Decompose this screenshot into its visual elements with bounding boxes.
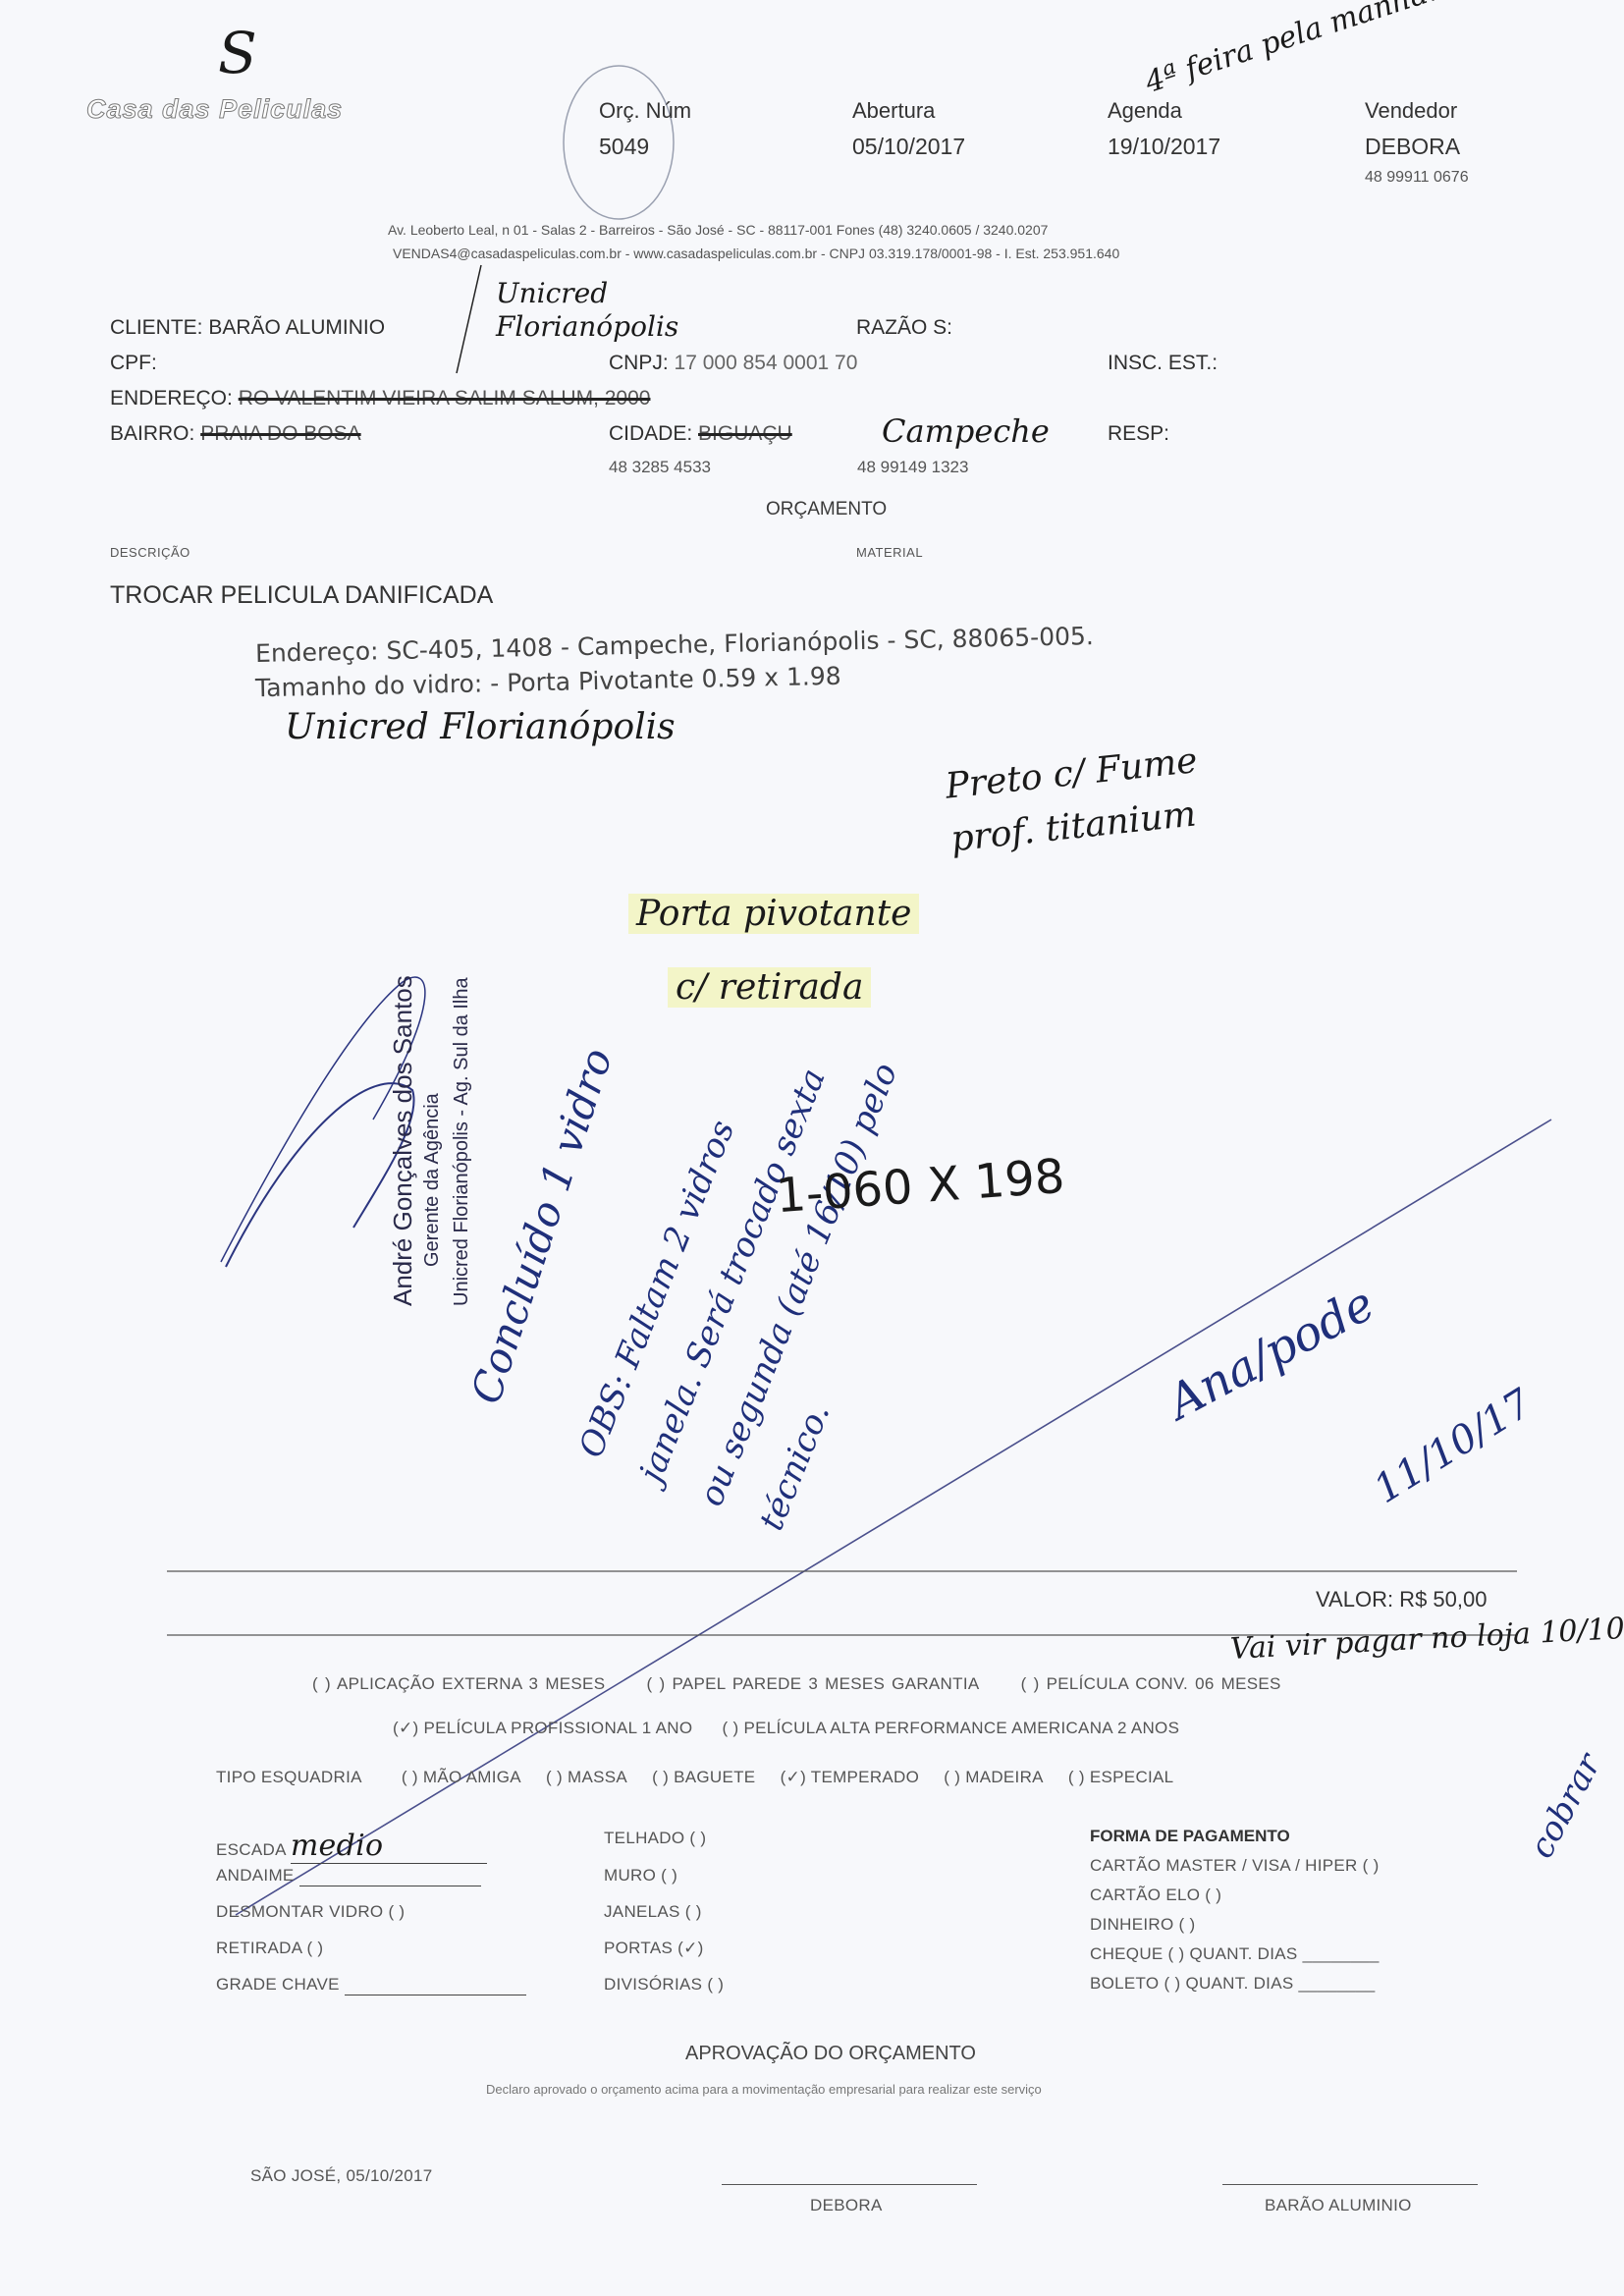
handwritten-porta-line1: Porta pivotante	[628, 894, 919, 934]
option-pelicula-conv[interactable]: ( ) PELÍCULA CONV. 06 MESES	[1021, 1674, 1281, 1693]
payment-cartao-elo[interactable]: CARTÃO ELO ( )	[1090, 1886, 1221, 1905]
service-portas[interactable]: PORTAS (✓)	[604, 1939, 704, 1958]
vendedor-value: DEBORA	[1365, 134, 1460, 160]
cpf-label: CPF:	[110, 352, 157, 375]
orc-num-value: 5049	[599, 134, 649, 160]
option-especial[interactable]: ( ) ESPECIAL	[1068, 1768, 1174, 1786]
client-phone-2: 48 99149 1323	[857, 458, 968, 477]
option-madeira[interactable]: ( ) MADEIRA	[944, 1768, 1044, 1786]
tipo-esquadria-row: TIPO ESQUADRIA ( ) MÃO AMIGA ( ) MASSA (…	[216, 1768, 1173, 1787]
option-aplicacao-externa[interactable]: ( ) APLICAÇÃO EXTERNA 3 MESES	[312, 1674, 605, 1693]
payment-title: FORMA DE PAGAMENTO	[1090, 1827, 1290, 1846]
approval-text: Declaro aprovado o orçamento acima para …	[486, 2082, 1042, 2097]
warranty-options-row1: ( ) APLICAÇÃO EXTERNA 3 MESES ( ) PAPEL …	[312, 1674, 1281, 1694]
handwritten-porta-line2: c/ retirada	[668, 967, 871, 1008]
company-contact: VENDAS4@casadaspeliculas.com.br - www.ca…	[393, 246, 1119, 261]
service-grade-chave: GRADE CHAVE	[216, 1975, 526, 1995]
razao-label: RAZÃO S:	[856, 316, 952, 340]
cliente-field: CLIENTE: BARÃO ALUMINIO	[110, 316, 385, 340]
approval-title: APROVAÇÃO DO ORÇAMENTO	[685, 2043, 976, 2065]
option-pelicula-profissional[interactable]: (✓) PELÍCULA PROFISSIONAL 1 ANO	[393, 1719, 692, 1737]
service-telhado[interactable]: TELHADO ( )	[604, 1829, 706, 1848]
orcamento-title: ORÇAMENTO	[766, 499, 887, 520]
endereco-field: ENDEREÇO: RO VALENTIM VIEIRA SALIM SALUM…	[110, 387, 650, 410]
service-retirada[interactable]: RETIRADA ( )	[216, 1939, 323, 1958]
cnpj-field: CNPJ: 17 000 854 0001 70	[609, 352, 857, 375]
vendedor-label: Vendedor	[1365, 98, 1457, 124]
abertura-label: Abertura	[852, 98, 935, 124]
signature-debora: DEBORA	[810, 2196, 883, 2215]
service-desmontar-vidro[interactable]: DESMONTAR VIDRO ( )	[216, 1902, 405, 1922]
option-baguete[interactable]: ( ) BAGUETE	[652, 1768, 755, 1786]
handwritten-unicred-top: Unicred Florianópolis	[496, 277, 741, 344]
agenda-label: Agenda	[1108, 98, 1182, 124]
option-mao-amiga[interactable]: ( ) MÃO AMIGA	[402, 1768, 521, 1786]
bank-stamp: André Gonçalves dos Santos Gerente da Ag…	[388, 975, 476, 1306]
insc-est-label: INSC. EST.:	[1108, 352, 1218, 375]
service-andaime: ANDAIME	[216, 1866, 481, 1886]
service-janelas[interactable]: JANELAS ( )	[604, 1902, 702, 1922]
company-address: Av. Leoberto Leal, n 01 - Salas 2 - Barr…	[388, 222, 1048, 238]
material-label: MATERIAL	[856, 545, 923, 560]
bairro-field: BAIRRO: PRAIA DO BOSA	[110, 422, 361, 446]
warranty-options-row2: (✓) PELÍCULA PROFISSIONAL 1 ANO ( ) PELÍ…	[393, 1719, 1179, 1738]
payment-cartao-master[interactable]: CARTÃO MASTER / VISA / HIPER ( )	[1090, 1856, 1380, 1876]
handwritten-campeche: Campeche	[882, 412, 1050, 450]
payment-dinheiro[interactable]: DINHEIRO ( )	[1090, 1915, 1195, 1935]
vendedor-phone: 48 99911 0676	[1365, 169, 1469, 187]
payment-boleto[interactable]: BOLETO ( ) QUANT. DIAS ________	[1090, 1974, 1376, 1994]
option-temperado[interactable]: (✓) TEMPERADO	[781, 1768, 920, 1786]
valor-total: VALOR: R$ 50,00	[1316, 1587, 1487, 1613]
service-escada: ESCADA medio	[216, 1829, 487, 1864]
option-massa[interactable]: ( ) MASSA	[546, 1768, 627, 1786]
orc-num-label: Orç. Núm	[599, 98, 691, 124]
handwritten-unicred-mid: Unicred Florianópolis	[285, 707, 676, 747]
descricao-value: TROCAR PELICULA DANIFICADA	[110, 581, 493, 610]
service-divisorias[interactable]: DIVISÓRIAS ( )	[604, 1975, 724, 1995]
resp-label: RESP:	[1108, 422, 1169, 446]
signature-barao: BARÃO ALUMINIO	[1265, 2196, 1412, 2215]
option-papel-parede[interactable]: ( ) PAPEL PAREDE 3 MESES GARANTIA	[646, 1674, 979, 1693]
option-pelicula-alta-performance[interactable]: ( ) PELÍCULA ALTA PERFORMANCE AMERICANA …	[723, 1719, 1180, 1737]
descricao-label: DESCRIÇÃO	[110, 545, 190, 560]
client-phone-1: 48 3285 4533	[609, 458, 711, 477]
agenda-value: 19/10/2017	[1108, 134, 1220, 160]
approval-place-date: SÃO JOSÉ, 05/10/2017	[250, 2166, 433, 2186]
payment-cheque[interactable]: CHEQUE ( ) QUANT. DIAS ________	[1090, 1944, 1380, 1964]
cidade-field: CIDADE: BIGUAÇU	[609, 422, 792, 446]
abertura-value: 05/10/2017	[852, 134, 965, 160]
service-muro[interactable]: MURO ( )	[604, 1866, 677, 1886]
